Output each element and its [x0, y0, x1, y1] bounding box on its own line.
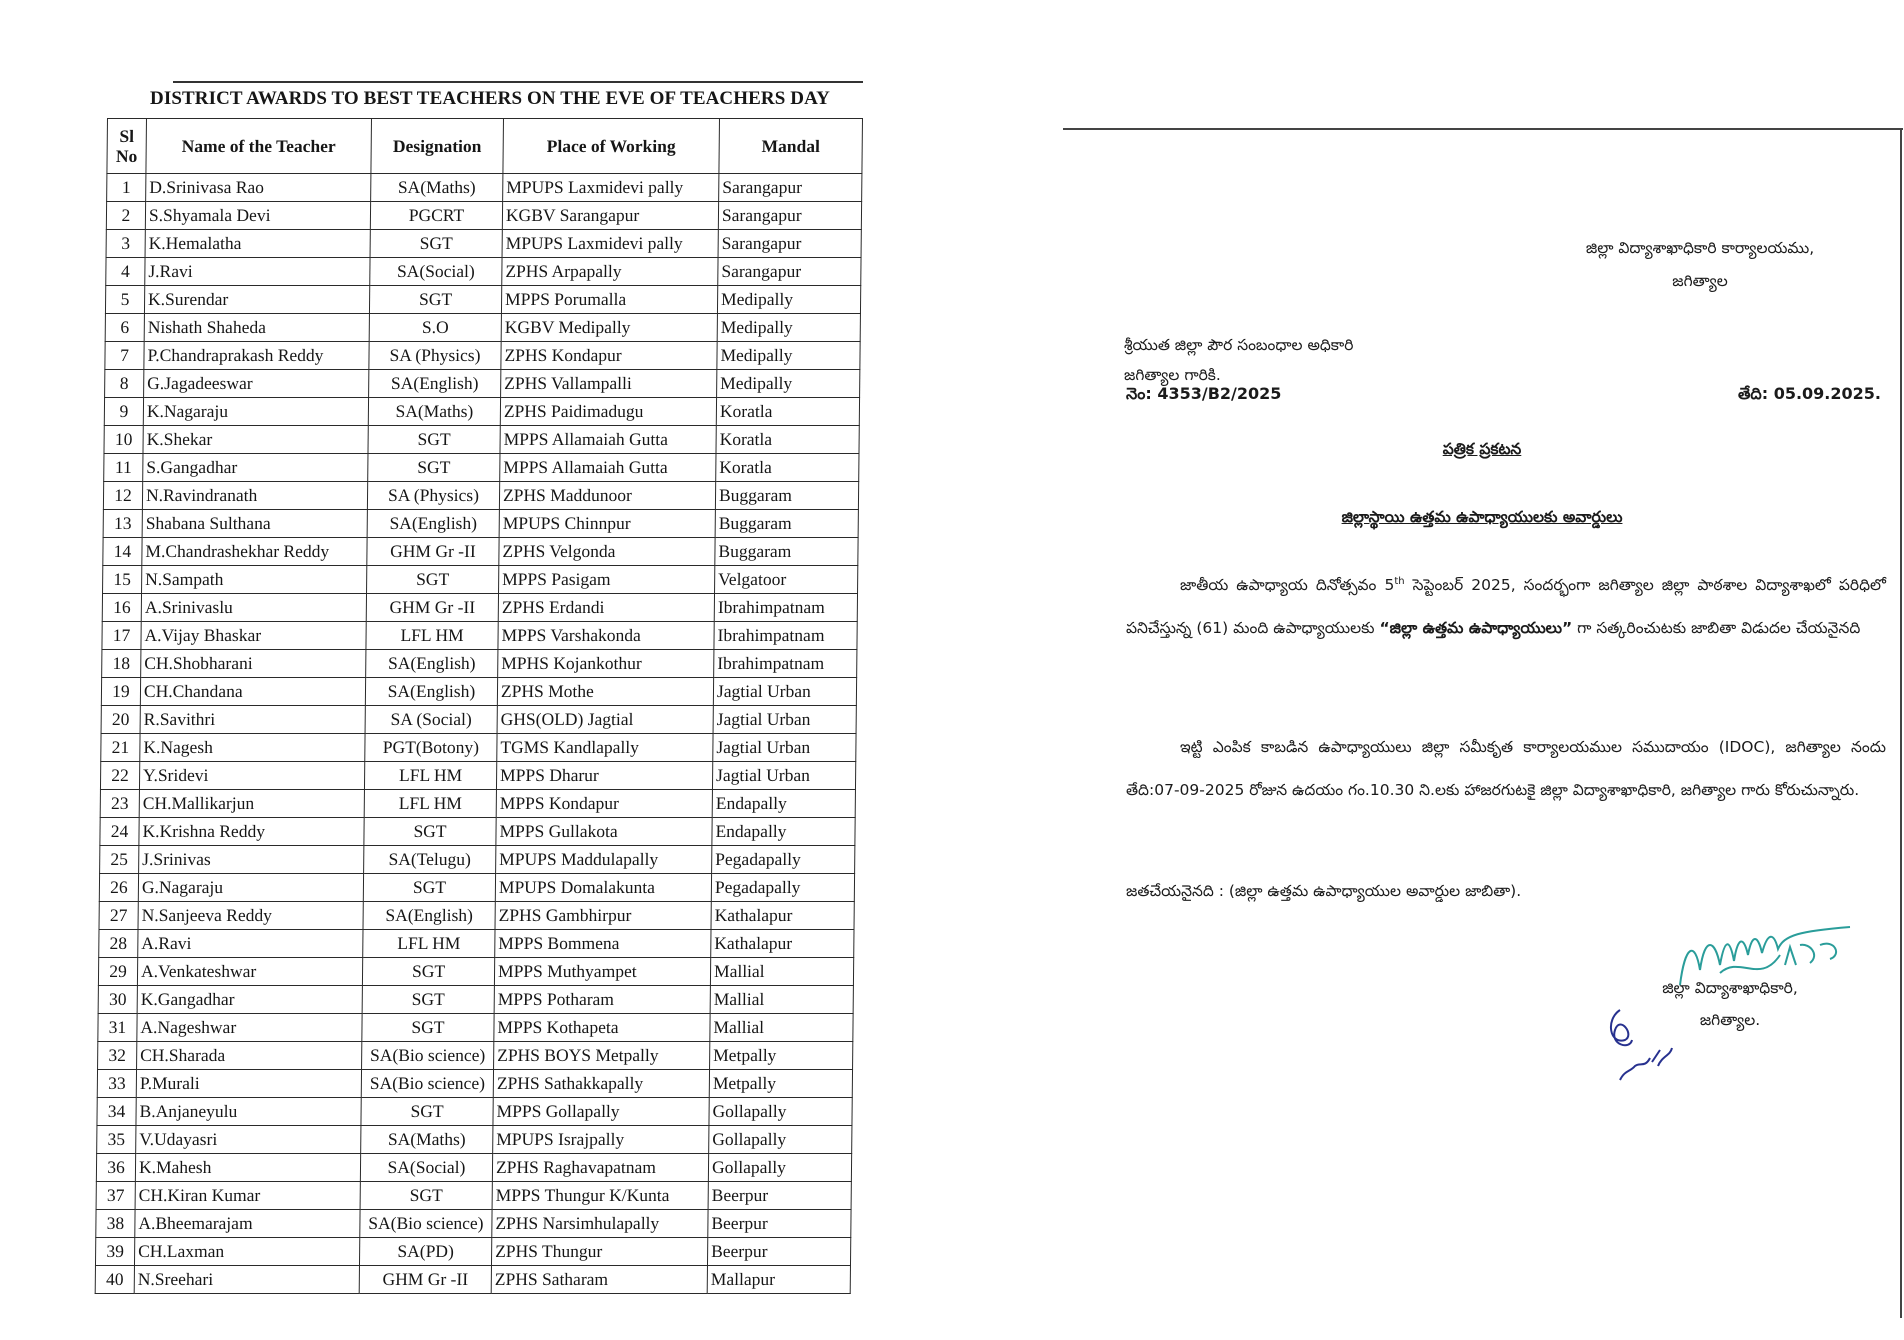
table-row: 4J.RaviSA(Social)ZPHS ArpapallySarangapu…	[106, 258, 861, 286]
designation-cell: SA (Physics)	[369, 342, 501, 370]
designation-cell: SA(Maths)	[361, 1126, 493, 1154]
teacher-name-cell: K.Hemalatha	[145, 230, 370, 258]
place-of-working-cell: ZPHS Gambhirpur	[495, 902, 711, 930]
designation-cell: SGT	[361, 1098, 493, 1126]
sl-no-cell: 33	[97, 1070, 136, 1098]
sl-no-cell: 23	[100, 790, 139, 818]
sl-no-cell: 15	[103, 566, 142, 594]
place-of-working-cell: MPUPS Chinnpur	[499, 510, 715, 538]
teacher-name-cell: K.Nagesh	[140, 734, 365, 762]
mandal-cell: Buggaram	[715, 538, 858, 566]
mandal-cell: Mallial	[710, 958, 853, 986]
sl-no-cell: 25	[100, 846, 139, 874]
sl-no-cell: 37	[96, 1182, 135, 1210]
teacher-name-cell: N.Sanjeeva Reddy	[138, 902, 363, 930]
teacher-name-cell: K.Mahesh	[135, 1154, 360, 1182]
teacher-name-cell: J.Srinivas	[139, 846, 364, 874]
sl-no-cell: 27	[99, 902, 138, 930]
mandal-cell: Koratla	[716, 398, 859, 426]
place-of-working-cell: TGMS Kandlapally	[497, 734, 713, 762]
mandal-cell: Sarangapur	[718, 202, 861, 230]
place-of-working-cell: ZPHS Thungur	[491, 1238, 707, 1266]
teacher-name-cell: A.Venkateshwar	[137, 958, 362, 986]
table-row: 16A.SrinivasluGHM Gr -IIZPHS ErdandiIbra…	[102, 594, 857, 622]
award-title-emphasis: “జిల్లా ఉత్తమ ఉపాధ్యాయులు”	[1379, 619, 1572, 637]
reference-number: నెం: 4353/B2/2025	[1126, 384, 1281, 407]
table-row: 3K.HemalathaSGTMPUPS Laxmidevi pallySara…	[106, 230, 861, 258]
sl-no-cell: 21	[101, 734, 140, 762]
sl-no-cell: 28	[99, 930, 138, 958]
signatory-title: జిల్లా విద్యాశాఖాధికారి,	[1600, 972, 1860, 1004]
header-sl-no: SlNo	[107, 119, 147, 174]
place-of-working-cell: MPPS Kothapeta	[494, 1014, 710, 1042]
designation-cell: SGT	[367, 566, 499, 594]
sl-no-cell: 39	[95, 1238, 134, 1266]
table-row: 40N.SreehariGHM Gr -IIZPHS SatharamMalla…	[95, 1266, 850, 1294]
mandal-cell: Pegadapally	[711, 874, 854, 902]
place-of-working-cell: MPPS Muthyampet	[494, 958, 710, 986]
sl-no-cell: 34	[97, 1098, 136, 1126]
mandal-cell: Kathalapur	[711, 902, 854, 930]
table-row: 1D.Srinivasa RaoSA(Maths)MPUPS Laxmidevi…	[107, 174, 862, 202]
designation-cell: SGT	[362, 1014, 494, 1042]
mandal-cell: Sarangapur	[718, 230, 861, 258]
sl-no-cell: 30	[98, 986, 137, 1014]
mandal-cell: Medipally	[717, 286, 860, 314]
body-paragraph-1: జాతీయ ఉపాధ్యాయ దినోత్సవం 5th సెప్టెంబర్ …	[1126, 560, 1886, 650]
sl-no-cell: 38	[96, 1210, 135, 1238]
designation-cell: SA(English)	[366, 650, 498, 678]
teacher-name-cell: G.Jagadeeswar	[144, 370, 369, 398]
place-of-working-cell: MPPS Allamaiah Gutta	[500, 454, 716, 482]
teacher-name-cell: P.Chandraprakash Reddy	[144, 342, 369, 370]
page-border	[1900, 128, 1902, 1318]
designation-cell: SA(Maths)	[368, 398, 500, 426]
table-row: 14M.Chandrashekhar ReddyGHM Gr -IIZPHS V…	[103, 538, 858, 566]
designation-cell: LFL HM	[364, 762, 496, 790]
sl-no-cell: 13	[103, 510, 142, 538]
designation-cell: LFL HM	[364, 790, 496, 818]
designation-cell: GHM Gr -II	[359, 1266, 491, 1294]
table-row: 28A.RaviLFL HMMPPS BommenaKathalapur	[99, 930, 854, 958]
designation-cell: GHM Gr -II	[366, 594, 498, 622]
designation-cell: SGT	[360, 1182, 492, 1210]
place-of-working-cell: ZPHS Vallampalli	[501, 370, 717, 398]
table-row: 18CH.ShobharaniSA(English)MPHS Kojankoth…	[102, 650, 857, 678]
teacher-name-cell: K.Gangadhar	[137, 986, 362, 1014]
teacher-name-cell: CH.Laxman	[134, 1238, 359, 1266]
designation-cell: GHM Gr -II	[367, 538, 499, 566]
table-row: 5K.SurendarSGTMPPS PorumallaMedipally	[105, 286, 860, 314]
mandal-cell: Kathalapur	[711, 930, 854, 958]
table-row: 39CH.LaxmanSA(PD)ZPHS ThungurBeerpur	[95, 1238, 850, 1266]
sl-no-cell: 10	[104, 426, 143, 454]
teacher-name-cell: G.Nagaraju	[138, 874, 363, 902]
place-of-working-cell: MPPS Dharur	[496, 762, 712, 790]
table-row: 9K.NagarajuSA(Maths)ZPHS PaidimaduguKora…	[104, 398, 859, 426]
office-header: జిల్లా విద్యాశాఖాధికారి కార్యాలయము, జగిత…	[1520, 232, 1880, 298]
mandal-cell: Velgatoor	[715, 566, 858, 594]
sl-no-cell: 19	[101, 678, 140, 706]
mandal-cell: Pegadapally	[712, 846, 855, 874]
table-row: 6Nishath ShahedaS.OKGBV MedipallyMedipal…	[105, 314, 860, 342]
addressee: శ్రీయుత జిల్లా పౌర సంబంధాల అధికారి జగిత్…	[1124, 330, 1353, 390]
mandal-cell: Endapally	[712, 790, 855, 818]
teacher-name-cell: J.Ravi	[145, 258, 370, 286]
place-of-working-cell: MPHS Kojankothur	[498, 650, 714, 678]
table-row: 24K.Krishna ReddySGTMPPS GullakotaEndapa…	[100, 818, 855, 846]
top-rule	[1063, 128, 1903, 130]
teacher-name-cell: CH.Kiran Kumar	[135, 1182, 360, 1210]
signatory-block: జిల్లా విద్యాశాఖాధికారి, జగిత్యాల.	[1600, 972, 1860, 1036]
mandal-cell: Metpally	[710, 1042, 853, 1070]
press-release-page: జిల్లా విద్యాశాఖాధికారి కార్యాలయము, జగిత…	[1060, 0, 1904, 1340]
sl-no-cell: 12	[103, 482, 142, 510]
place-of-working-cell: MPPS Pasigam	[499, 566, 715, 594]
teacher-name-cell: N.Sreehari	[134, 1266, 359, 1294]
press-release-heading: పత్రిక ప్రకటన	[1060, 440, 1904, 462]
sl-no-cell: 7	[105, 342, 144, 370]
teacher-name-cell: M.Chandrashekhar Reddy	[142, 538, 367, 566]
table-row: 2S.Shyamala DeviPGCRTKGBV SarangapurSara…	[106, 202, 861, 230]
table-row: 12N.RavindranathSA (Physics)ZPHS Madduno…	[103, 482, 858, 510]
teacher-name-cell: Shabana Sulthana	[142, 510, 367, 538]
place-of-working-cell: ZPHS Narsimhulapally	[492, 1210, 708, 1238]
table-row: 26G.NagarajuSGTMPUPS DomalakuntaPegadapa…	[99, 874, 854, 902]
designation-cell: SA(Bio science)	[362, 1042, 494, 1070]
place-of-working-cell: MPPS Potharam	[494, 986, 710, 1014]
designation-cell: SA(PD)	[359, 1238, 491, 1266]
signatory-place: జగిత్యాల.	[1600, 1004, 1860, 1036]
teacher-name-cell: P.Murali	[136, 1070, 361, 1098]
designation-cell: SGT	[368, 454, 500, 482]
place-of-working-cell: MPPS Gollapally	[493, 1098, 709, 1126]
mandal-cell: Medipally	[717, 370, 860, 398]
table-row: 29A.VenkateshwarSGTMPPS MuthyampetMallia…	[98, 958, 853, 986]
designation-cell: SA(English)	[369, 370, 501, 398]
table-row: 19CH.ChandanaSA(English)ZPHS MotheJagtia…	[101, 678, 856, 706]
mandal-cell: Jagtial Urban	[713, 734, 856, 762]
award-list-page: DISTRICT AWARDS TO BEST TEACHERS ON THE …	[0, 0, 960, 1340]
mandal-cell: Beerpur	[708, 1210, 851, 1238]
mandal-cell: Ibrahimpatnam	[714, 594, 857, 622]
awards-table: SlNo Name of the Teacher Designation Pla…	[95, 118, 863, 1294]
sl-no-cell: 40	[95, 1266, 134, 1294]
place-of-working-cell: MPPS Thungur K/Kunta	[492, 1182, 708, 1210]
designation-cell: SA(English)	[367, 510, 499, 538]
header-name: Name of the Teacher	[146, 119, 372, 174]
mandal-cell: Buggaram	[715, 510, 858, 538]
mandal-cell: Medipally	[717, 342, 860, 370]
place-of-working-cell: ZPHS Mothe	[497, 678, 713, 706]
place-of-working-cell: MPPS Allamaiah Gutta	[500, 426, 716, 454]
addressee-line-1: శ్రీయుత జిల్లా పౌర సంబంధాల అధికారి	[1124, 330, 1353, 360]
mandal-cell: Beerpur	[708, 1182, 851, 1210]
designation-cell: SA(Bio science)	[361, 1070, 493, 1098]
sl-no-cell: 26	[99, 874, 138, 902]
mandal-cell: Metpally	[709, 1070, 852, 1098]
mandal-cell: Jagtial Urban	[713, 678, 856, 706]
place-of-working-cell: ZPHS BOYS Metpally	[494, 1042, 710, 1070]
teacher-name-cell: K.Nagaraju	[143, 398, 368, 426]
mandal-cell: Mallial	[710, 986, 853, 1014]
teacher-name-cell: N.Ravindranath	[142, 482, 367, 510]
place-of-working-cell: ZPHS Sathakkapally	[493, 1070, 709, 1098]
designation-cell: LFL HM	[363, 930, 495, 958]
header-mandal: Mandal	[719, 119, 863, 174]
mandal-cell: Gollapally	[709, 1126, 852, 1154]
table-row: 35V.UdayasriSA(Maths)MPUPS IsrajpallyGol…	[97, 1126, 852, 1154]
table-row: 10K.ShekarSGTMPPS Allamaiah GuttaKoratla	[104, 426, 859, 454]
header-place: Place of Working	[503, 119, 720, 174]
sl-no-cell: 6	[105, 314, 144, 342]
teacher-name-cell: Y.Sridevi	[139, 762, 364, 790]
designation-cell: SGT	[369, 286, 501, 314]
teacher-name-cell: S.Gangadhar	[143, 454, 368, 482]
designation-cell: SA(English)	[365, 678, 497, 706]
place-of-working-cell: ZPHS Erdandi	[498, 594, 714, 622]
sl-no-cell: 3	[106, 230, 145, 258]
sl-no-cell: 22	[100, 762, 139, 790]
sl-no-cell: 36	[96, 1154, 135, 1182]
mandal-cell: Gollapally	[708, 1154, 851, 1182]
table-row: 23CH.MallikarjunLFL HMMPPS KondapurEndap…	[100, 790, 855, 818]
mandal-cell: Buggaram	[715, 482, 858, 510]
teacher-name-cell: Nishath Shaheda	[144, 314, 369, 342]
designation-cell: S.O	[369, 314, 501, 342]
place-of-working-cell: ZPHS Kondapur	[501, 342, 717, 370]
place-of-working-cell: MPUPS Domalakunta	[495, 874, 711, 902]
table-header-row: SlNo Name of the Teacher Designation Pla…	[107, 119, 863, 174]
place-of-working-cell: ZPHS Arpapally	[502, 258, 718, 286]
place-of-working-cell: MPPS Kondapur	[496, 790, 712, 818]
sl-no-cell: 11	[104, 454, 143, 482]
designation-cell: SGT	[363, 874, 495, 902]
designation-cell: SGT	[368, 426, 500, 454]
header-designation: Designation	[371, 119, 504, 174]
sl-no-cell: 20	[101, 706, 140, 734]
place-of-working-cell: MPUPS Laxmidevi pally	[502, 230, 718, 258]
table-row: 17A.Vijay BhaskarLFL HMMPPS VarshakondaI…	[102, 622, 857, 650]
sl-no-cell: 14	[103, 538, 142, 566]
table-row: 33P.MuraliSA(Bio science)ZPHS Sathakkapa…	[97, 1070, 852, 1098]
teacher-name-cell: CH.Shobharani	[141, 650, 366, 678]
place-of-working-cell: ZPHS Paidimadugu	[500, 398, 716, 426]
teacher-name-cell: S.Shyamala Devi	[145, 202, 370, 230]
designation-cell: SGT	[362, 958, 494, 986]
place-of-working-cell: MPUPS Israjpally	[493, 1126, 709, 1154]
sl-no-cell: 17	[102, 622, 141, 650]
place-of-working-cell: MPPS Porumalla	[501, 286, 717, 314]
subject-heading: జిల్లాస్థాయి ఉత్తమ ఉపాధ్యాయులకు అవార్డుల…	[1060, 508, 1904, 530]
mandal-cell: Koratla	[716, 454, 859, 482]
designation-cell: SGT	[362, 986, 494, 1014]
table-row: 8G.JagadeeswarSA(English)ZPHS Vallampall…	[105, 370, 860, 398]
table-row: 11S.GangadharSGTMPPS Allamaiah GuttaKora…	[104, 454, 859, 482]
sl-no-cell: 24	[100, 818, 139, 846]
teacher-name-cell: A.Nageshwar	[137, 1014, 362, 1042]
place-of-working-cell: KGBV Medipally	[501, 314, 717, 342]
teacher-name-cell: D.Srinivasa Rao	[146, 174, 371, 202]
sl-no-cell: 8	[105, 370, 144, 398]
awards-table-body: 1D.Srinivasa RaoSA(Maths)MPUPS Laxmidevi…	[95, 174, 862, 1294]
teacher-name-cell: K.Shekar	[143, 426, 368, 454]
mandal-cell: Ibrahimpatnam	[714, 650, 857, 678]
sl-no-cell: 16	[102, 594, 141, 622]
place-of-working-cell: KGBV Sarangapur	[502, 202, 718, 230]
teacher-name-cell: V.Udayasri	[136, 1126, 361, 1154]
place-of-working-cell: MPPS Gullakota	[496, 818, 712, 846]
table-row: 30K.GangadharSGTMPPS PotharamMallial	[98, 986, 853, 1014]
mandal-cell: Beerpur	[707, 1238, 850, 1266]
mandal-cell: Mallapur	[707, 1266, 850, 1294]
table-row: 7P.Chandraprakash ReddySA (Physics)ZPHS …	[105, 342, 860, 370]
table-row: 15N.SampathSGTMPPS PasigamVelgatoor	[103, 566, 858, 594]
table-row: 38A.BheemarajamSA(Bio science)ZPHS Narsi…	[96, 1210, 851, 1238]
sl-no-cell: 5	[105, 286, 144, 314]
designation-cell: SA(Telugu)	[364, 846, 496, 874]
designation-cell: PGCRT	[370, 202, 502, 230]
place-of-working-cell: ZPHS Raghavapatnam	[492, 1154, 708, 1182]
table-row: 37CH.Kiran KumarSGTMPPS Thungur K/KuntaB…	[96, 1182, 851, 1210]
teacher-name-cell: K.Krishna Reddy	[139, 818, 364, 846]
table-row: 34B.AnjaneyuluSGTMPPS GollapallyGollapal…	[97, 1098, 852, 1126]
table-row: 36K.MaheshSA(Social)ZPHS RaghavapatnamGo…	[96, 1154, 851, 1182]
table-row: 13Shabana SulthanaSA(English)MPUPS Chinn…	[103, 510, 858, 538]
designation-cell: SA(Social)	[370, 258, 502, 286]
office-name: జిల్లా విద్యాశాఖాధికారి కార్యాలయము,	[1520, 232, 1880, 265]
teacher-name-cell: K.Surendar	[144, 286, 369, 314]
designation-cell: SA(Social)	[360, 1154, 492, 1182]
designation-cell: SA (Social)	[365, 706, 497, 734]
table-row: 21K.NageshPGT(Botony)TGMS KandlapallyJag…	[101, 734, 856, 762]
teacher-name-cell: CH.Chandana	[140, 678, 365, 706]
teacher-name-cell: A.Ravi	[138, 930, 363, 958]
sl-no-cell: 35	[97, 1126, 136, 1154]
mandal-cell: Jagtial Urban	[712, 762, 855, 790]
place-of-working-cell: MPUPS Maddulapally	[496, 846, 712, 874]
teacher-name-cell: A.Srinivaslu	[141, 594, 366, 622]
sl-no-cell: 4	[106, 258, 145, 286]
mandal-cell: Sarangapur	[718, 258, 861, 286]
enclosure-note: జతచేయనైనది : (జిల్లా ఉత్తమ ఉపాధ్యాయుల అవ…	[1126, 882, 1521, 904]
sl-no-cell: 29	[98, 958, 137, 986]
mandal-cell: Koratla	[716, 426, 859, 454]
place-of-working-cell: GHS(OLD) Jagtial	[497, 706, 713, 734]
table-row: 22Y.SrideviLFL HMMPPS DharurJagtial Urba…	[100, 762, 855, 790]
table-row: 31A.NageshwarSGTMPPS KothapetaMallial	[98, 1014, 853, 1042]
sl-no-cell: 2	[106, 202, 145, 230]
mandal-cell: Ibrahimpatnam	[714, 622, 857, 650]
letter-date: తేది: 05.09.2025.	[1738, 384, 1881, 407]
mandal-cell: Jagtial Urban	[713, 706, 856, 734]
teacher-name-cell: A.Bheemarajam	[135, 1210, 360, 1238]
teacher-name-cell: A.Vijay Bhaskar	[141, 622, 366, 650]
designation-cell: SA(Maths)	[371, 174, 503, 202]
mandal-cell: Gollapally	[709, 1098, 852, 1126]
sl-no-cell: 1	[107, 174, 146, 202]
sl-no-cell: 9	[104, 398, 143, 426]
sl-no-cell: 31	[98, 1014, 137, 1042]
top-rule	[173, 81, 863, 83]
place-of-working-cell: MPPS Varshakonda	[498, 622, 714, 650]
designation-cell: SGT	[364, 818, 496, 846]
designation-cell: LFL HM	[366, 622, 498, 650]
designation-cell: SA(English)	[363, 902, 495, 930]
sl-no-cell: 32	[98, 1042, 137, 1070]
teacher-name-cell: N.Sampath	[142, 566, 367, 594]
mandal-cell: Mallial	[710, 1014, 853, 1042]
designation-cell: SA(Bio science)	[360, 1210, 492, 1238]
teacher-name-cell: CH.Sharada	[137, 1042, 362, 1070]
office-place: జగిత్యాల	[1520, 265, 1880, 298]
table-row: 20R.SavithriSA (Social)GHS(OLD) JagtialJ…	[101, 706, 856, 734]
mandal-cell: Endapally	[712, 818, 855, 846]
teacher-name-cell: B.Anjaneyulu	[136, 1098, 361, 1126]
designation-cell: PGT(Botony)	[365, 734, 497, 762]
teacher-name-cell: CH.Mallikarjun	[139, 790, 364, 818]
place-of-working-cell: ZPHS Maddunoor	[499, 482, 715, 510]
body-paragraph-2: ఇట్టి ఎంపిక కాబడిన ఉపాధ్యాయులు జిల్లా సమ…	[1126, 726, 1886, 812]
designation-cell: SGT	[370, 230, 502, 258]
place-of-working-cell: ZPHS Satharam	[491, 1266, 707, 1294]
sl-no-cell: 18	[102, 650, 141, 678]
place-of-working-cell: ZPHS Velgonda	[499, 538, 715, 566]
teacher-name-cell: R.Savithri	[140, 706, 365, 734]
mandal-cell: Medipally	[717, 314, 860, 342]
document-title: DISTRICT AWARDS TO BEST TEACHERS ON THE …	[110, 88, 870, 110]
mandal-cell: Sarangapur	[719, 174, 862, 202]
place-of-working-cell: MPUPS Laxmidevi pally	[503, 174, 719, 202]
place-of-working-cell: MPPS Bommena	[495, 930, 711, 958]
table-row: 32CH.SharadaSA(Bio science)ZPHS BOYS Met…	[98, 1042, 853, 1070]
table-row: 25J.SrinivasSA(Telugu)MPUPS Maddulapally…	[100, 846, 855, 874]
designation-cell: SA (Physics)	[367, 482, 499, 510]
table-row: 27N.Sanjeeva ReddySA(English)ZPHS Gambhi…	[99, 902, 854, 930]
